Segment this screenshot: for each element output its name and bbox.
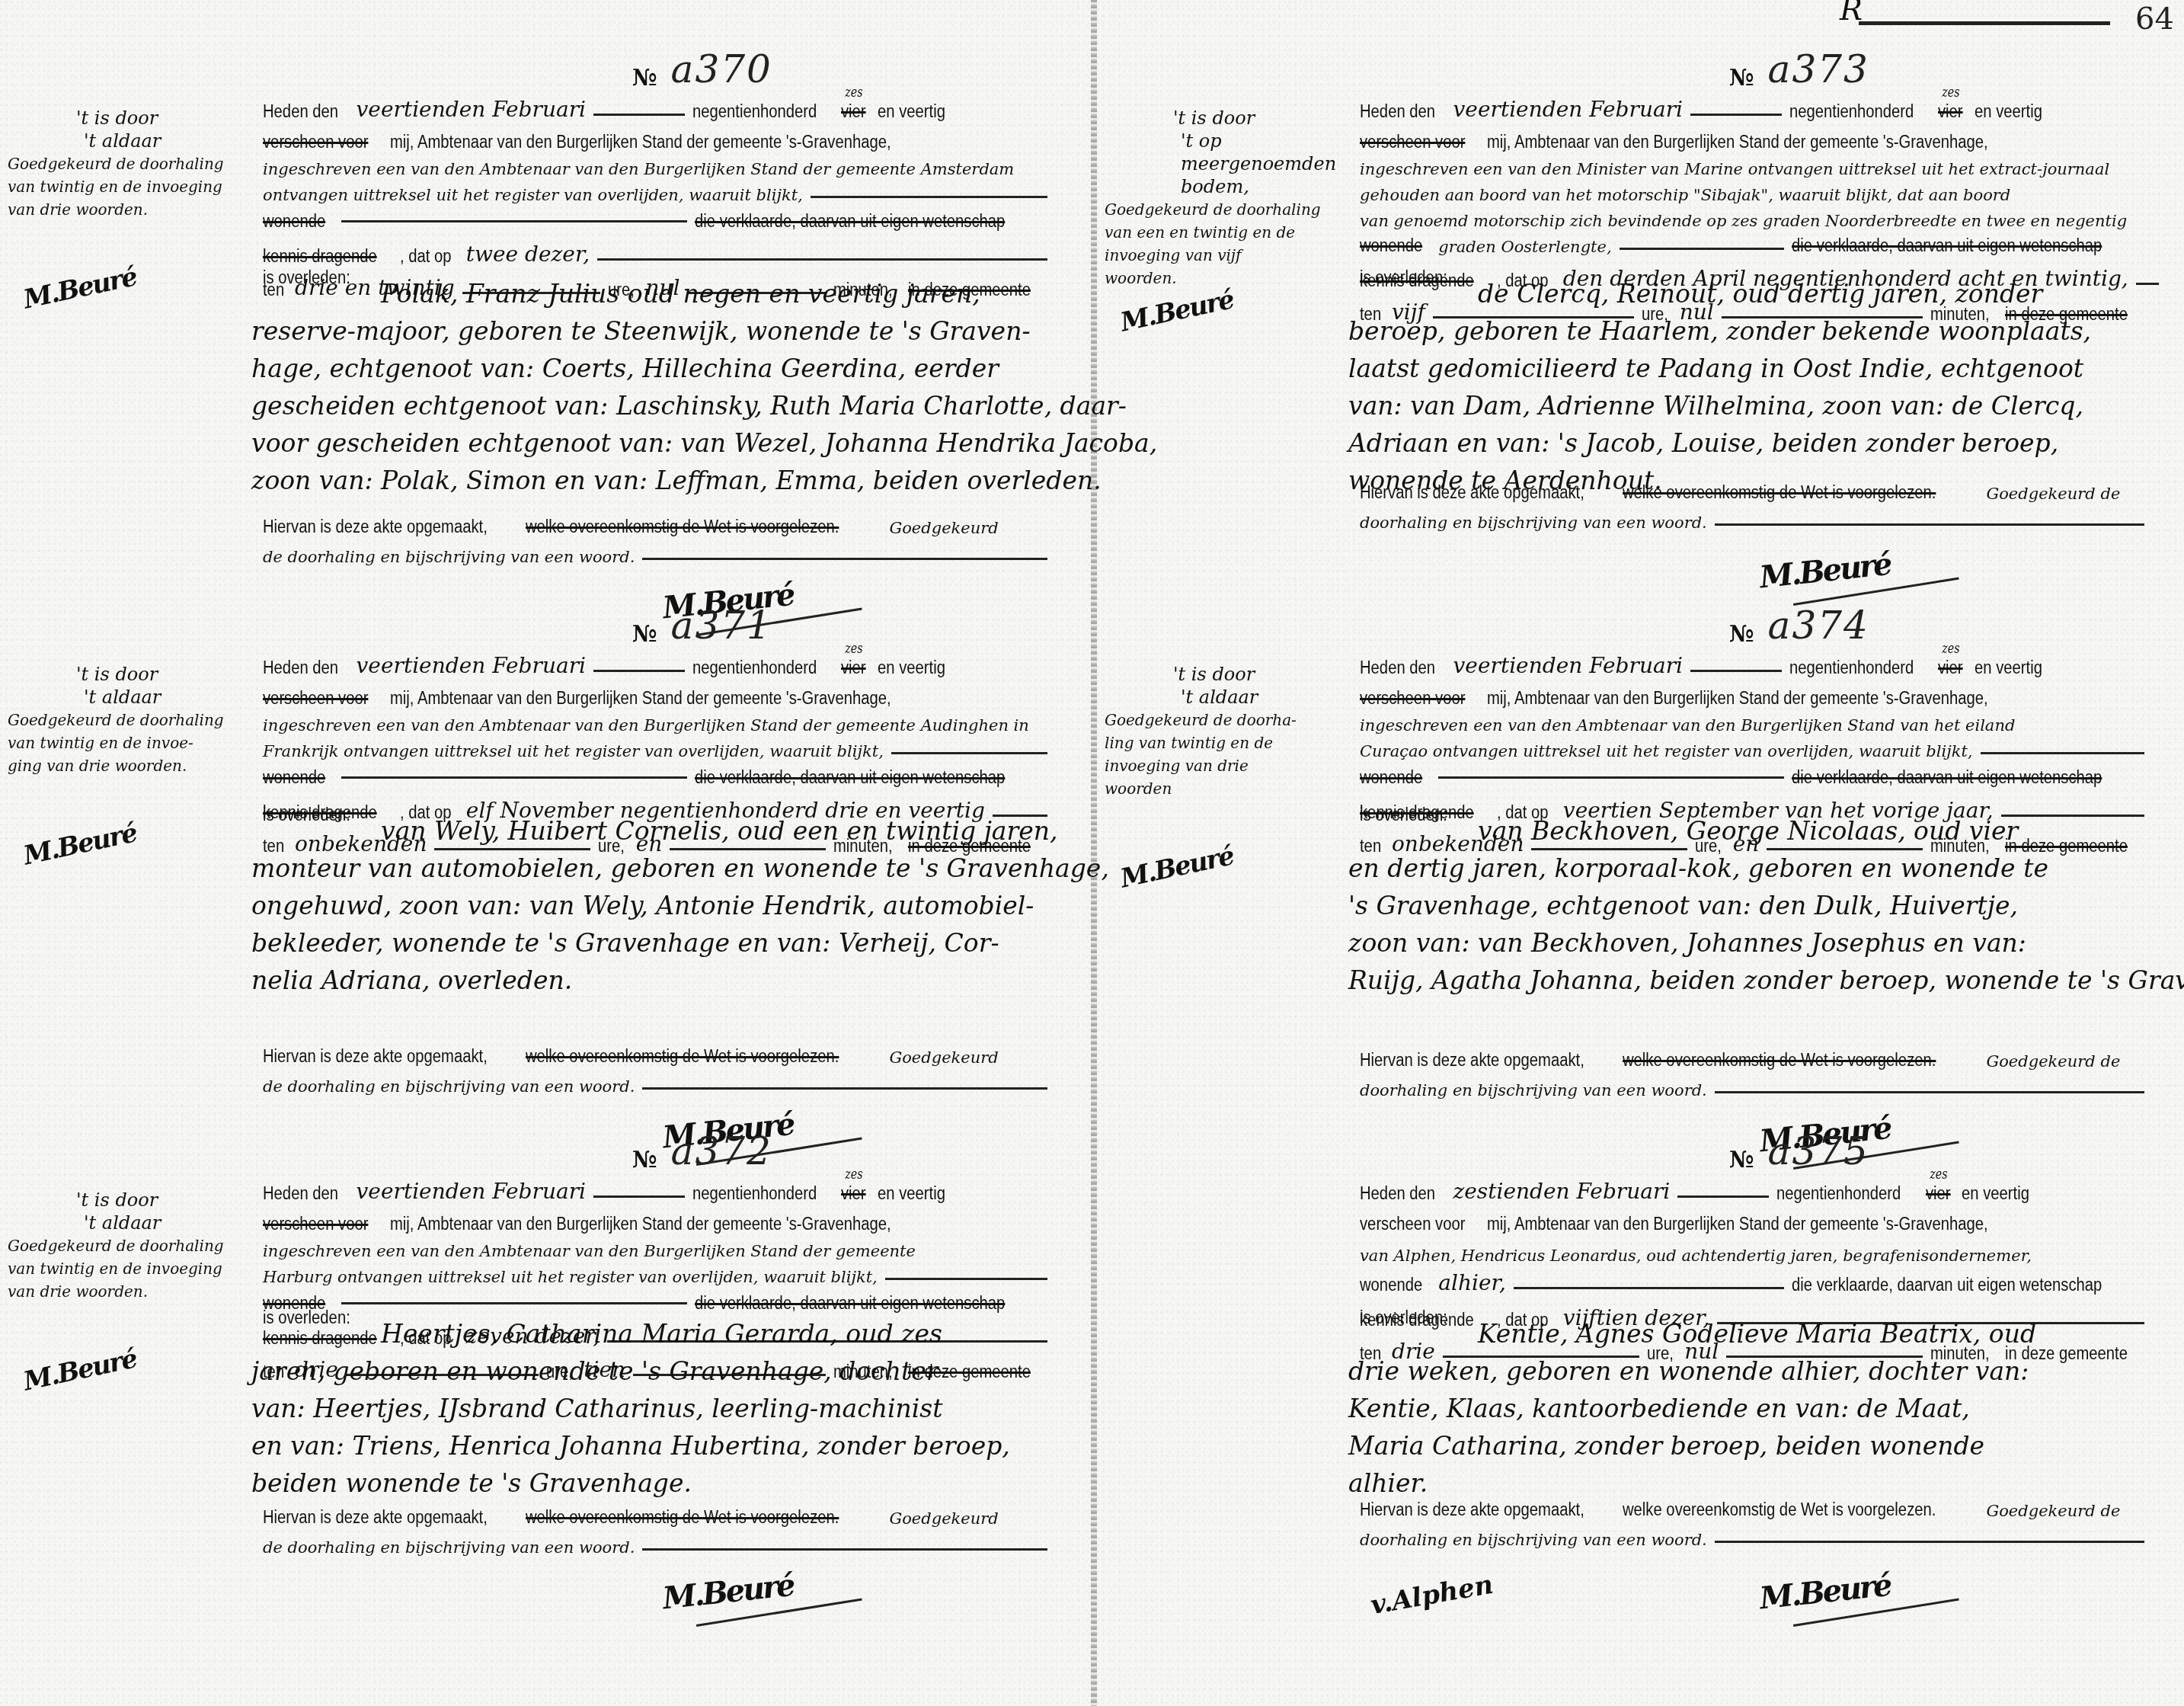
margin-note-line: van drie woorden.	[8, 198, 236, 221]
label-welke-voorgelezen: welke overeenkomstig de Wet is voorgelez…	[526, 1046, 839, 1067]
strike-line	[341, 776, 687, 779]
number-sign: №	[632, 1147, 657, 1173]
registration-day: veertienden Februari	[357, 653, 586, 678]
label-en-veertig: en veertig	[1975, 658, 2042, 678]
line-intake: ingeschreven een van den Minister van Ma…	[1360, 152, 2144, 178]
label-wonende: wonende	[1360, 767, 1422, 788]
margin-note: 't is door't aldaarGoedgekeurd de doorha…	[1105, 663, 1333, 800]
line-approval: de doorhaling en bijschrijving van een w…	[263, 1526, 1047, 1557]
act-number: №a375	[1729, 1128, 1869, 1173]
line-date: Heden denveertienden Februarinegentienho…	[263, 648, 1047, 678]
label-wonende: wonende	[263, 767, 325, 788]
line-ambtenaar: verscheen voormij, Ambtenaar van den Bur…	[263, 1204, 1047, 1234]
registration-day: veertienden Februari	[1453, 97, 1683, 122]
deceased-details: van Beckhoven, George Nicolaas, oud vier…	[1348, 812, 2156, 999]
deceased-line: Polak, Franz Julius oud negen en veertig…	[251, 275, 1059, 312]
label-ambtenaar: mij, Ambtenaar van den Burgerlijken Stan…	[1487, 132, 1988, 152]
year-struck: vierzes	[841, 1183, 866, 1204]
line-wonende: wonendedie verklaarde, daarvan uit eigen…	[1360, 760, 2144, 788]
blank-line	[593, 670, 685, 672]
deceased-line: en dertig jaren, korporaal-kok, geboren …	[1348, 850, 2156, 887]
label-en-veertig: en veertig	[878, 658, 945, 678]
line-date: Heden denzestienden Februarinegentienhon…	[1360, 1173, 2144, 1204]
label-die-verklaarde: die verklaarde, daarvan uit eigen wetens…	[695, 211, 1005, 232]
deceased-line: Heertjes, Catharina Maria Gerarda, oud z…	[251, 1315, 1059, 1352]
label-wonende: wonende	[1360, 1275, 1422, 1295]
line-hiervan: Hiervan is deze akte opgemaakt,welke ove…	[1360, 472, 2167, 503]
year-struck: vierzes	[1926, 1183, 1951, 1204]
label-die-verklaarde: die verklaarde, daarvan uit eigen wetens…	[695, 767, 1005, 788]
line-intake: wonendegraden Oosterlengte,die verklaard…	[1360, 230, 2144, 256]
line-intake: ingeschreven een van den Ambtenaar van d…	[263, 709, 1047, 735]
margin-note-line: Goedgekeurd de doorhaling	[8, 709, 236, 731]
intake-text: ontvangen uittreksel uit het register va…	[263, 186, 803, 204]
intake-text: ingeschreven een van den Ambtenaar van d…	[1360, 716, 2015, 735]
label-hiervan: Hiervan is deze akte opgemaakt,	[263, 1507, 488, 1528]
margin-note-line: Goedgekeurd de doorha-	[1105, 709, 1333, 731]
number-sign: №	[1729, 621, 1754, 648]
label-heden-den: Heden den	[263, 658, 338, 678]
deceased-line: Kentie, Agnes Godelieve Maria Beatrix, o…	[1348, 1315, 2156, 1352]
deceased-line: hage, echtgenoot van: Coerts, Hillechina…	[251, 350, 1059, 387]
approval-text: de doorhaling en bijschrijving van een w…	[263, 548, 635, 566]
margin-note-line: 't is door	[1105, 663, 1333, 686]
label-welke-voorgelezen: welke overeenkomstig de Wet is voorgelez…	[526, 517, 839, 537]
line-intake: ontvangen uittreksel uit het register va…	[263, 178, 1047, 204]
deceased-details: van Wely, Huibert Cornelis, oud een en t…	[251, 812, 1059, 999]
line-intake: Curaçao ontvangen uittreksel uit het reg…	[1360, 735, 2144, 760]
act-form: Heden denveertienden Februarinegentienho…	[263, 91, 1047, 300]
year-correction: zes	[846, 85, 863, 101]
act-number: №a372	[632, 1128, 772, 1173]
deceased-line: van: Heertjes, IJsbrand Catharinus, leer…	[251, 1390, 1059, 1427]
deceased-line: van Beckhoven, George Nicolaas, oud vier	[1348, 812, 2156, 850]
line-date-of-death: kennis dragende, dat optwee dezer,	[263, 232, 1047, 267]
margin-note-line: 't is door	[8, 107, 236, 130]
label-ambtenaar: mij, Ambtenaar van den Burgerlijken Stan…	[390, 688, 891, 709]
label-welke-voorgelezen: welke overeenkomstig de Wet is voorgelez…	[1623, 1500, 1936, 1520]
margin-note-line: ling van twintig en de	[1105, 731, 1333, 754]
act-number: №a373	[1729, 46, 1869, 91]
label-hiervan: Hiervan is deze akte opgemaakt,	[263, 1046, 488, 1067]
line-date: Heden denveertienden Februarinegentienho…	[263, 1173, 1047, 1204]
deceased-line: jaren, geboren en wonende te 's Gravenha…	[251, 1352, 1059, 1390]
blank-line	[885, 1278, 1047, 1280]
approval-text: doorhaling en bijschrijving van een woor…	[1360, 1081, 1707, 1099]
blank-line	[1514, 1287, 1784, 1289]
line-hiervan: Hiervan is deze akte opgemaakt,welke ove…	[263, 507, 1070, 537]
line-approval: de doorhaling en bijschrijving van een w…	[263, 536, 1047, 566]
margin-note-line: Goedgekeurd de doorhaling	[8, 152, 236, 175]
margin-note-line: 't aldaar	[8, 686, 236, 709]
line-hiervan: Hiervan is deze akte opgemaakt,welke ove…	[263, 1036, 1070, 1067]
label-negentienhonderd: negentienhonderd	[692, 101, 817, 122]
margin-note-line: 't is door	[8, 1189, 236, 1211]
label-negentienhonderd: negentienhonderd	[1789, 658, 1914, 678]
label-heden-den: Heden den	[263, 101, 338, 122]
deceased-line: voor gescheiden echtgenoot van: van Weze…	[251, 424, 1059, 462]
line-approval: doorhaling en bijschrijving van een woor…	[1360, 1069, 2144, 1099]
line-date: Heden denveertienden Februarinegentienho…	[1360, 91, 2144, 122]
intake-text: ingeschreven een van den Ambtenaar van d…	[263, 160, 1014, 178]
label-hiervan: Hiervan is deze akte opgemaakt,	[1360, 482, 1584, 503]
line-intake: Harburg ontvangen uittreksel uit het reg…	[263, 1260, 1047, 1286]
margin-note-line: invoeging van drie	[1105, 754, 1333, 777]
margin-note: 't is door't aldaarGoedgekeurd de doorha…	[8, 1189, 236, 1303]
label-wonende: wonende	[1360, 235, 1422, 256]
deceased-line: drie weken, geboren en wonende alhier, d…	[1348, 1352, 2156, 1390]
margin-note-line: ging van drie woorden.	[8, 754, 236, 777]
line-hiervan: Hiervan is deze akte opgemaakt,welke ove…	[263, 1497, 1070, 1528]
label-wonende: wonende	[263, 211, 325, 232]
line-date: Heden denveertienden Februarinegentienho…	[1360, 648, 2144, 678]
label-negentienhonderd: negentienhonderd	[692, 658, 817, 678]
line-intake: ingeschreven een van den Ambtenaar van d…	[263, 1234, 1047, 1260]
line-wonende: wonendedie verklaarde, daarvan uit eigen…	[263, 204, 1047, 232]
line-ambtenaar: verscheen voormij, Ambtenaar van den Bur…	[1360, 122, 2144, 152]
margin-note-line: 't aldaar	[8, 1211, 236, 1234]
blank-line	[891, 752, 1047, 754]
intake-text: Harburg ontvangen uittreksel uit het reg…	[263, 1268, 878, 1286]
number-sign: №	[632, 621, 657, 648]
label-negentienhonderd: negentienhonderd	[1776, 1183, 1901, 1204]
label-verscheen-voor: verscheen voor	[1360, 688, 1465, 709]
deceased-details: Heertjes, Catharina Maria Gerarda, oud z…	[251, 1315, 1059, 1502]
deceased-line: de Clercq, Reinout, oud dertig jaren, zo…	[1348, 275, 2156, 312]
blank-line	[811, 196, 1047, 198]
deceased-line: en van: Triens, Henrica Johanna Hubertin…	[251, 1427, 1059, 1464]
label-welke-voorgelezen: welke overeenkomstig de Wet is voorgelez…	[526, 1507, 839, 1528]
label-ambtenaar: mij, Ambtenaar van den Burgerlijken Stan…	[390, 132, 891, 152]
label-verscheen-voor: verscheen voor	[263, 688, 368, 709]
intake-text: ingeschreven een van den Ambtenaar van d…	[263, 1242, 916, 1260]
label-welke-voorgelezen: welke overeenkomstig de Wet is voorgelez…	[1623, 1050, 1936, 1071]
approval-text: doorhaling en bijschrijving van een woor…	[1360, 514, 1707, 532]
intake-text: Frankrijk ontvangen uittreksel uit het r…	[263, 742, 884, 760]
label-hiervan: Hiervan is deze akte opgemaakt,	[1360, 1500, 1584, 1520]
margin-note-line: van een en twintig en de	[1105, 221, 1333, 244]
approval: Goedgekeurd	[889, 519, 998, 537]
line-intake: ingeschreven een van den Ambtenaar van d…	[1360, 709, 2144, 735]
deceased-details: Polak, Franz Julius oud negen en veertig…	[251, 275, 1059, 499]
deceased-line: Kentie, Klaas, kantoorbediende en van: d…	[1348, 1390, 2156, 1427]
act-number-value: a371	[671, 603, 772, 648]
year-struck: vierzes	[841, 101, 866, 122]
line-wonende: wonendealhier,die verklaarde, daarvan ui…	[1360, 1265, 2144, 1295]
approval-text: de doorhaling en bijschrijving van een w…	[263, 1538, 635, 1557]
deceased-line: zoon van: van Beckhoven, Johannes Joseph…	[1348, 924, 2156, 962]
line-approval: doorhaling en bijschrijving van een woor…	[1360, 501, 2144, 532]
label-die-verklaarde: die verklaarde, daarvan uit eigen wetens…	[1792, 767, 2102, 788]
deceased-line: van: van Dam, Adrienne Wilhelmina, zoon …	[1348, 387, 2156, 424]
margin-note-line: 't aldaar	[1105, 686, 1333, 709]
label-en-veertig: en veertig	[1975, 101, 2042, 122]
label-en-veertig: en veertig	[878, 101, 945, 122]
label-ambtenaar: mij, Ambtenaar van den Burgerlijken Stan…	[390, 1214, 891, 1234]
number-sign: №	[632, 65, 657, 91]
blank-line	[642, 1087, 1047, 1090]
registration-day: veertienden Februari	[357, 97, 586, 122]
deceased-line: bekleeder, wonende te 's Gravenhage en v…	[251, 924, 1059, 962]
margin-note-line: 't is door	[1105, 107, 1333, 130]
intake-text: graden Oosterlengte,	[1438, 238, 1611, 256]
label-heden-den: Heden den	[1360, 101, 1435, 122]
blank-line	[1715, 523, 2144, 526]
label-welke-voorgelezen: welke overeenkomstig de Wet is voorgelez…	[1623, 482, 1936, 503]
blank-line	[1620, 248, 1785, 250]
deceased-line: Maria Catharina, zonder beroep, beiden w…	[1348, 1427, 2156, 1464]
label-die-verklaarde: die verklaarde, daarvan uit eigen wetens…	[1792, 235, 2102, 256]
deceased-line: Adriaan en van: 's Jacob, Louise, beiden…	[1348, 424, 2156, 462]
margin-note: 't is door't aldaarGoedgekeurd de doorha…	[8, 107, 236, 221]
deceased-line: reserve-majoor, geboren te Steenwijk, wo…	[251, 312, 1059, 350]
margin-note-line: van drie woorden.	[8, 1280, 236, 1303]
margin-note-line: 't op meergenoemden bodem,	[1105, 130, 1333, 198]
blank-line	[642, 1548, 1047, 1551]
line-ambtenaar: verscheen voormij, Ambtenaar van den Bur…	[1360, 678, 2144, 709]
line-intake: gehouden aan boord van het motorschip "S…	[1360, 178, 2144, 204]
margin-note-line: Goedgekeurd de doorhaling	[1105, 198, 1333, 221]
label-verscheen-voor: verscheen voor	[1360, 1214, 1465, 1234]
registration-day: zestienden Februari	[1453, 1179, 1671, 1204]
year-struck: vierzes	[1938, 658, 1963, 678]
act-number: №a374	[1729, 602, 1869, 648]
year-correction: zes	[1930, 1167, 1947, 1183]
intake-text: ingeschreven een van den Ambtenaar van d…	[263, 716, 1029, 735]
margin-note-line: woorden	[1105, 777, 1333, 800]
declarant-residence: alhier,	[1438, 1270, 1505, 1295]
margin-note: 't is door't op meergenoemden bodem,Goed…	[1105, 107, 1333, 290]
registration-day: veertienden Februari	[1453, 653, 1683, 678]
margin-note-line: van twintig en de invoeging	[8, 1257, 236, 1280]
margin-note-line: 't aldaar	[8, 130, 236, 152]
deceased-line: gescheiden echtgenoot van: Laschinsky, R…	[251, 387, 1059, 424]
strike-line	[341, 220, 687, 222]
label-verscheen-voor: verscheen voor	[1360, 132, 1465, 152]
deceased-line: van Wely, Huibert Cornelis, oud een en t…	[251, 812, 1059, 850]
year-correction: zes	[1943, 641, 1960, 657]
blank-line	[1690, 670, 1782, 672]
line-intake: Frankrijk ontvangen uittreksel uit het r…	[263, 735, 1047, 760]
deceased-line: nelia Adriana, overleden.	[251, 962, 1059, 999]
line-hiervan: Hiervan is deze akte opgemaakt,welke ove…	[1360, 1040, 2167, 1071]
number-sign: №	[1729, 1147, 1754, 1173]
deceased-details: de Clercq, Reinout, oud dertig jaren, zo…	[1348, 275, 2156, 499]
page-number: 64	[2135, 2, 2174, 37]
year-correction: zes	[846, 1167, 863, 1183]
label-ambtenaar: mij, Ambtenaar van den Burgerlijken Stan…	[1487, 688, 1988, 709]
deceased-details: Kentie, Agnes Godelieve Maria Beatrix, o…	[1348, 1315, 2156, 1502]
blank-line	[642, 558, 1047, 560]
deceased-line: Ruijg, Agatha Johanna, beiden zonder ber…	[1348, 962, 2156, 999]
label-verscheen-voor: verscheen voor	[263, 1214, 368, 1234]
label-negentienhonderd: negentienhonderd	[1789, 101, 1914, 122]
label-negentienhonderd: negentienhonderd	[692, 1183, 817, 1204]
label-kennis-dragende: kennis dragende	[263, 246, 377, 267]
year-correction: zes	[1943, 85, 1960, 101]
approval-text: de doorhaling en bijschrijving van een w…	[263, 1077, 635, 1096]
line-ambtenaar: verscheen voormij, Ambtenaar van den Bur…	[263, 122, 1047, 152]
deceased-line: beroep, geboren te Haarlem, zonder beken…	[1348, 312, 2156, 350]
corner-stroke	[1859, 21, 2110, 25]
year-struck: vierzes	[1938, 101, 1963, 122]
line-wonende: wonendedie verklaarde, daarvan uit eigen…	[263, 1286, 1047, 1314]
act-number-value: a372	[671, 1129, 772, 1173]
label-die-verklaarde: die verklaarde, daarvan uit eigen wetens…	[695, 1293, 1005, 1314]
blank-line	[1690, 114, 1782, 116]
blank-line	[593, 114, 685, 116]
approval: Goedgekeurd	[889, 1509, 998, 1528]
blank-line	[1715, 1091, 2144, 1093]
label-ambtenaar: mij, Ambtenaar van den Burgerlijken Stan…	[1487, 1214, 1988, 1234]
approval: Goedgekeurd de	[1986, 1502, 2120, 1520]
line-hiervan: Hiervan is deze akte opgemaakt,welke ove…	[1360, 1490, 2167, 1520]
label-hiervan: Hiervan is deze akte opgemaakt,	[263, 517, 488, 537]
margin-note: 't is door't aldaarGoedgekeurd de doorha…	[8, 663, 236, 777]
intake-text: van genoemd motorschip zich bevindende o…	[1360, 212, 2127, 230]
label-heden-den: Heden den	[1360, 658, 1435, 678]
label-heden-den: Heden den	[263, 1183, 338, 1204]
approval-text: doorhaling en bijschrijving van een woor…	[1360, 1531, 1707, 1549]
approval: Goedgekeurd	[889, 1048, 998, 1067]
blank-line	[1715, 1541, 2144, 1543]
margin-note-line: invoeging van vijf	[1105, 244, 1333, 267]
registration-day: veertienden Februari	[357, 1179, 586, 1204]
act-number-value: a370	[671, 47, 772, 91]
label-en-veertig: en veertig	[1962, 1183, 2029, 1204]
line-ambtenaar: verscheen voormij, Ambtenaar van den Bur…	[1360, 1204, 2144, 1234]
line-approval: doorhaling en bijschrijving van een woor…	[1360, 1519, 2144, 1549]
deceased-line: zoon van: Polak, Simon en van: Leffman, …	[251, 462, 1059, 499]
blank-line	[1981, 752, 2144, 754]
label-hiervan: Hiervan is deze akte opgemaakt,	[1360, 1050, 1584, 1071]
line-approval: de doorhaling en bijschrijving van een w…	[263, 1065, 1047, 1096]
line-ambtenaar: verscheen voormij, Ambtenaar van den Bur…	[263, 678, 1047, 709]
approval: Goedgekeurd de	[1986, 1052, 2120, 1071]
blank-line	[597, 258, 1047, 261]
label-die-verklaarde: die verklaarde, daarvan uit eigen wetens…	[1792, 1275, 2102, 1295]
intake-text: ingeschreven een van den Minister van Ma…	[1360, 160, 2109, 178]
label-heden-den: Heden den	[1360, 1183, 1435, 1204]
act-number: №a370	[632, 46, 772, 91]
line-intake: ingeschreven een van den Ambtenaar van d…	[263, 152, 1047, 178]
label-dat-op: , dat op	[400, 246, 452, 267]
margin-note-line: Goedgekeurd de doorhaling	[8, 1234, 236, 1257]
line-declarant: van Alphen, Hendricus Leonardus, oud ach…	[1360, 1234, 2144, 1265]
line-wonende: wonendedie verklaarde, daarvan uit eigen…	[263, 760, 1047, 788]
intake-text: gehouden aan boord van het motorschip "S…	[1360, 186, 2010, 204]
act-number-value: a374	[1768, 603, 1869, 648]
deceased-line: monteur van automobielen, geboren en won…	[251, 850, 1059, 887]
act-number-value: a373	[1768, 47, 1869, 91]
line-date: Heden denveertienden Februarinegentienho…	[263, 91, 1047, 122]
deceased-line: ongehuwd, zoon van: van Wely, Antonie He…	[251, 887, 1059, 924]
intake-text: Curaçao ontvangen uittreksel uit het reg…	[1360, 742, 1973, 760]
strike-line	[341, 1302, 687, 1304]
label-en-veertig: en veertig	[878, 1183, 945, 1204]
deceased-line: laatst gedomicilieerd te Padang in Oost …	[1348, 350, 2156, 387]
act-number-value: a375	[1768, 1129, 1869, 1173]
act-number: №a371	[632, 602, 772, 648]
deceased-line: beiden wonende te 's Gravenhage.	[251, 1464, 1059, 1502]
number-sign: №	[1729, 65, 1754, 91]
margin-note-line: van twintig en de invoeging	[8, 175, 236, 198]
deceased-line: 's Gravenhage, echtgenoot van: den Dulk,…	[1348, 887, 2156, 924]
margin-note-line: 't is door	[8, 663, 236, 686]
margin-note-line: van twintig en de invoe-	[8, 731, 236, 754]
blank-line	[593, 1195, 685, 1198]
approval: Goedgekeurd de	[1986, 485, 2120, 503]
line-intake: van genoemd motorschip zich bevindende o…	[1360, 204, 2144, 230]
date-of-death: twee dezer,	[466, 242, 590, 267]
declarant: van Alphen, Hendricus Leonardus, oud ach…	[1360, 1247, 2032, 1265]
label-verscheen-voor: verscheen voor	[263, 132, 368, 152]
strike-line	[1438, 776, 1784, 779]
year-struck: vierzes	[841, 658, 866, 678]
blank-line	[1677, 1195, 1769, 1198]
year-correction: zes	[846, 641, 863, 657]
